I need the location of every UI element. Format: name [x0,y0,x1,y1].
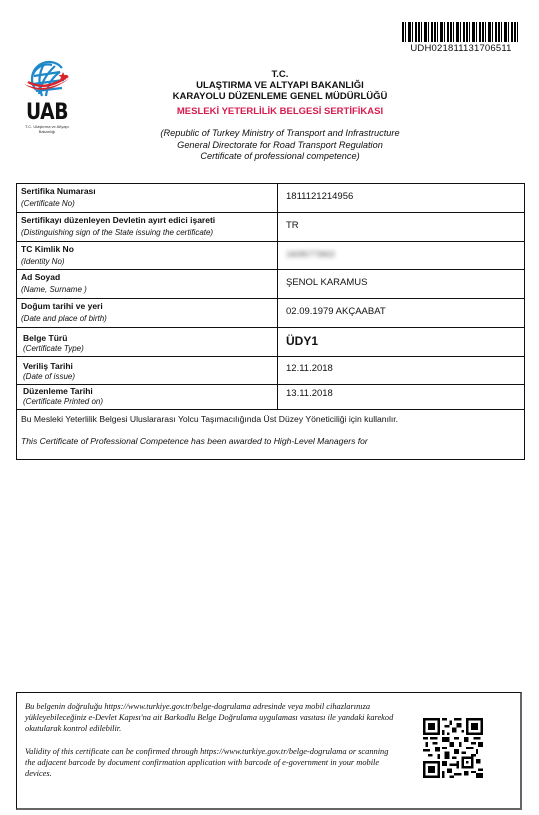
field-value-birth: 02.09.1979 AKÇAABAT [278,299,525,328]
field-label: Sertifikayı düzenleyen Devletin ayırt ed… [21,214,273,226]
ministry-logo: UAB T.C. Ulaştırma ve Altyapı Bakanlığı [14,60,80,134]
field-label-en: (Date and place of birth) [21,313,273,325]
header-en-line-3: Certificate of professional competence) [120,151,440,163]
table-row-certificate-no: Sertifika Numarası(Certificate No) 18111… [17,184,525,213]
verification-box: Bu belgenin doğruluğu https://www.turkiy… [16,692,522,810]
field-label-en: (Certificate No) [21,198,273,210]
qr-code-icon[interactable] [423,718,483,778]
field-label-en: (Distinguishing sign of the State issuin… [21,227,273,239]
globe-logo-icon [22,60,72,100]
field-label: Sertifika Numarası [21,185,273,197]
field-value-name: ŞENOL KARAMUS [278,270,525,299]
header-ministry: ULAŞTIRMA VE ALTYAPI BAKANLIĞI [140,80,420,91]
field-value-issuing-state: TR [278,213,525,242]
field-label-en: (Certificate Printed on) [21,396,273,408]
table-row-issuing-state: Sertifikayı düzenleyen Devletin ayırt ed… [17,213,525,242]
header-en-line-1: (Republic of Turkey Ministry of Transpor… [120,128,440,140]
verification-text-turkish: Bu belgenin doğruluğu https://www.turkiy… [25,701,397,735]
field-label-en: (Date of issue) [21,371,273,383]
field-label: Doğum tarihi ve yeri [21,300,273,312]
certificate-details-table: Sertifika Numarası(Certificate No) 18111… [16,183,525,460]
field-label-en: (Identity No) [21,256,273,268]
table-row-issue-date: Veriliş Tarihi(Date of issue) 12.11.2018 [17,357,525,385]
logo-subtitle-2: Bakanlığı [14,129,80,134]
field-value-certificate-no: 1811121214956 [278,184,525,213]
field-label-en: (Certificate Type) [21,343,273,355]
document-title: MESLEKİ YETERLİLİK BELGESİ SERTİFİKASI [140,106,420,118]
field-label: TC Kimlik No [21,243,273,255]
barcode-icon [402,22,520,42]
field-label: Ad Soyad [21,271,273,283]
table-row-note: Bu Mesleki Yeterlilik Belgesi Uluslarara… [17,410,525,460]
header-english: (Republic of Turkey Ministry of Transpor… [120,128,440,163]
table-row-certificate-type: Belge Türü(Certificate Type) ÜDY1 [17,328,525,357]
field-value-certificate-type: ÜDY1 [286,334,318,348]
barcode-number: UDH021811131706511 [400,43,522,54]
table-row-printed-date: Düzenleme Tarihi(Certificate Printed on)… [17,385,525,410]
field-label-en: (Name, Surname ) [21,284,273,296]
header-en-line-2: General Directorate for Road Transport R… [120,140,440,152]
logo-abbreviation: UAB [19,102,75,124]
document-barcode: UDH021811131706511 [400,22,522,54]
document-header: T.C. ULAŞTIRMA VE ALTYAPI BAKANLIĞI KARA… [140,69,420,118]
header-directorate: KARAYOLU DÜZENLEME GENEL MÜDÜRLÜĞÜ [140,91,420,102]
field-value-printed-date: 13.11.2018 [278,385,525,410]
table-row-birth: Doğum tarihi ve yeri(Date and place of b… [17,299,525,328]
table-row-name: Ad Soyad(Name, Surname ) ŞENOL KARAMUS [17,270,525,299]
note-english: This Certificate of Professional Compete… [21,436,520,447]
table-row-identity-no: TC Kimlik No(Identity No) 16095773602 [17,242,525,270]
field-value-issue-date: 12.11.2018 [278,357,525,385]
verification-text-english: Validity of this certificate can be conf… [25,746,397,780]
note-turkish: Bu Mesleki Yeterlilik Belgesi Uluslarara… [21,414,520,425]
field-value-identity-no-redacted: 16095773602 [286,250,335,259]
header-state: T.C. [140,69,420,80]
